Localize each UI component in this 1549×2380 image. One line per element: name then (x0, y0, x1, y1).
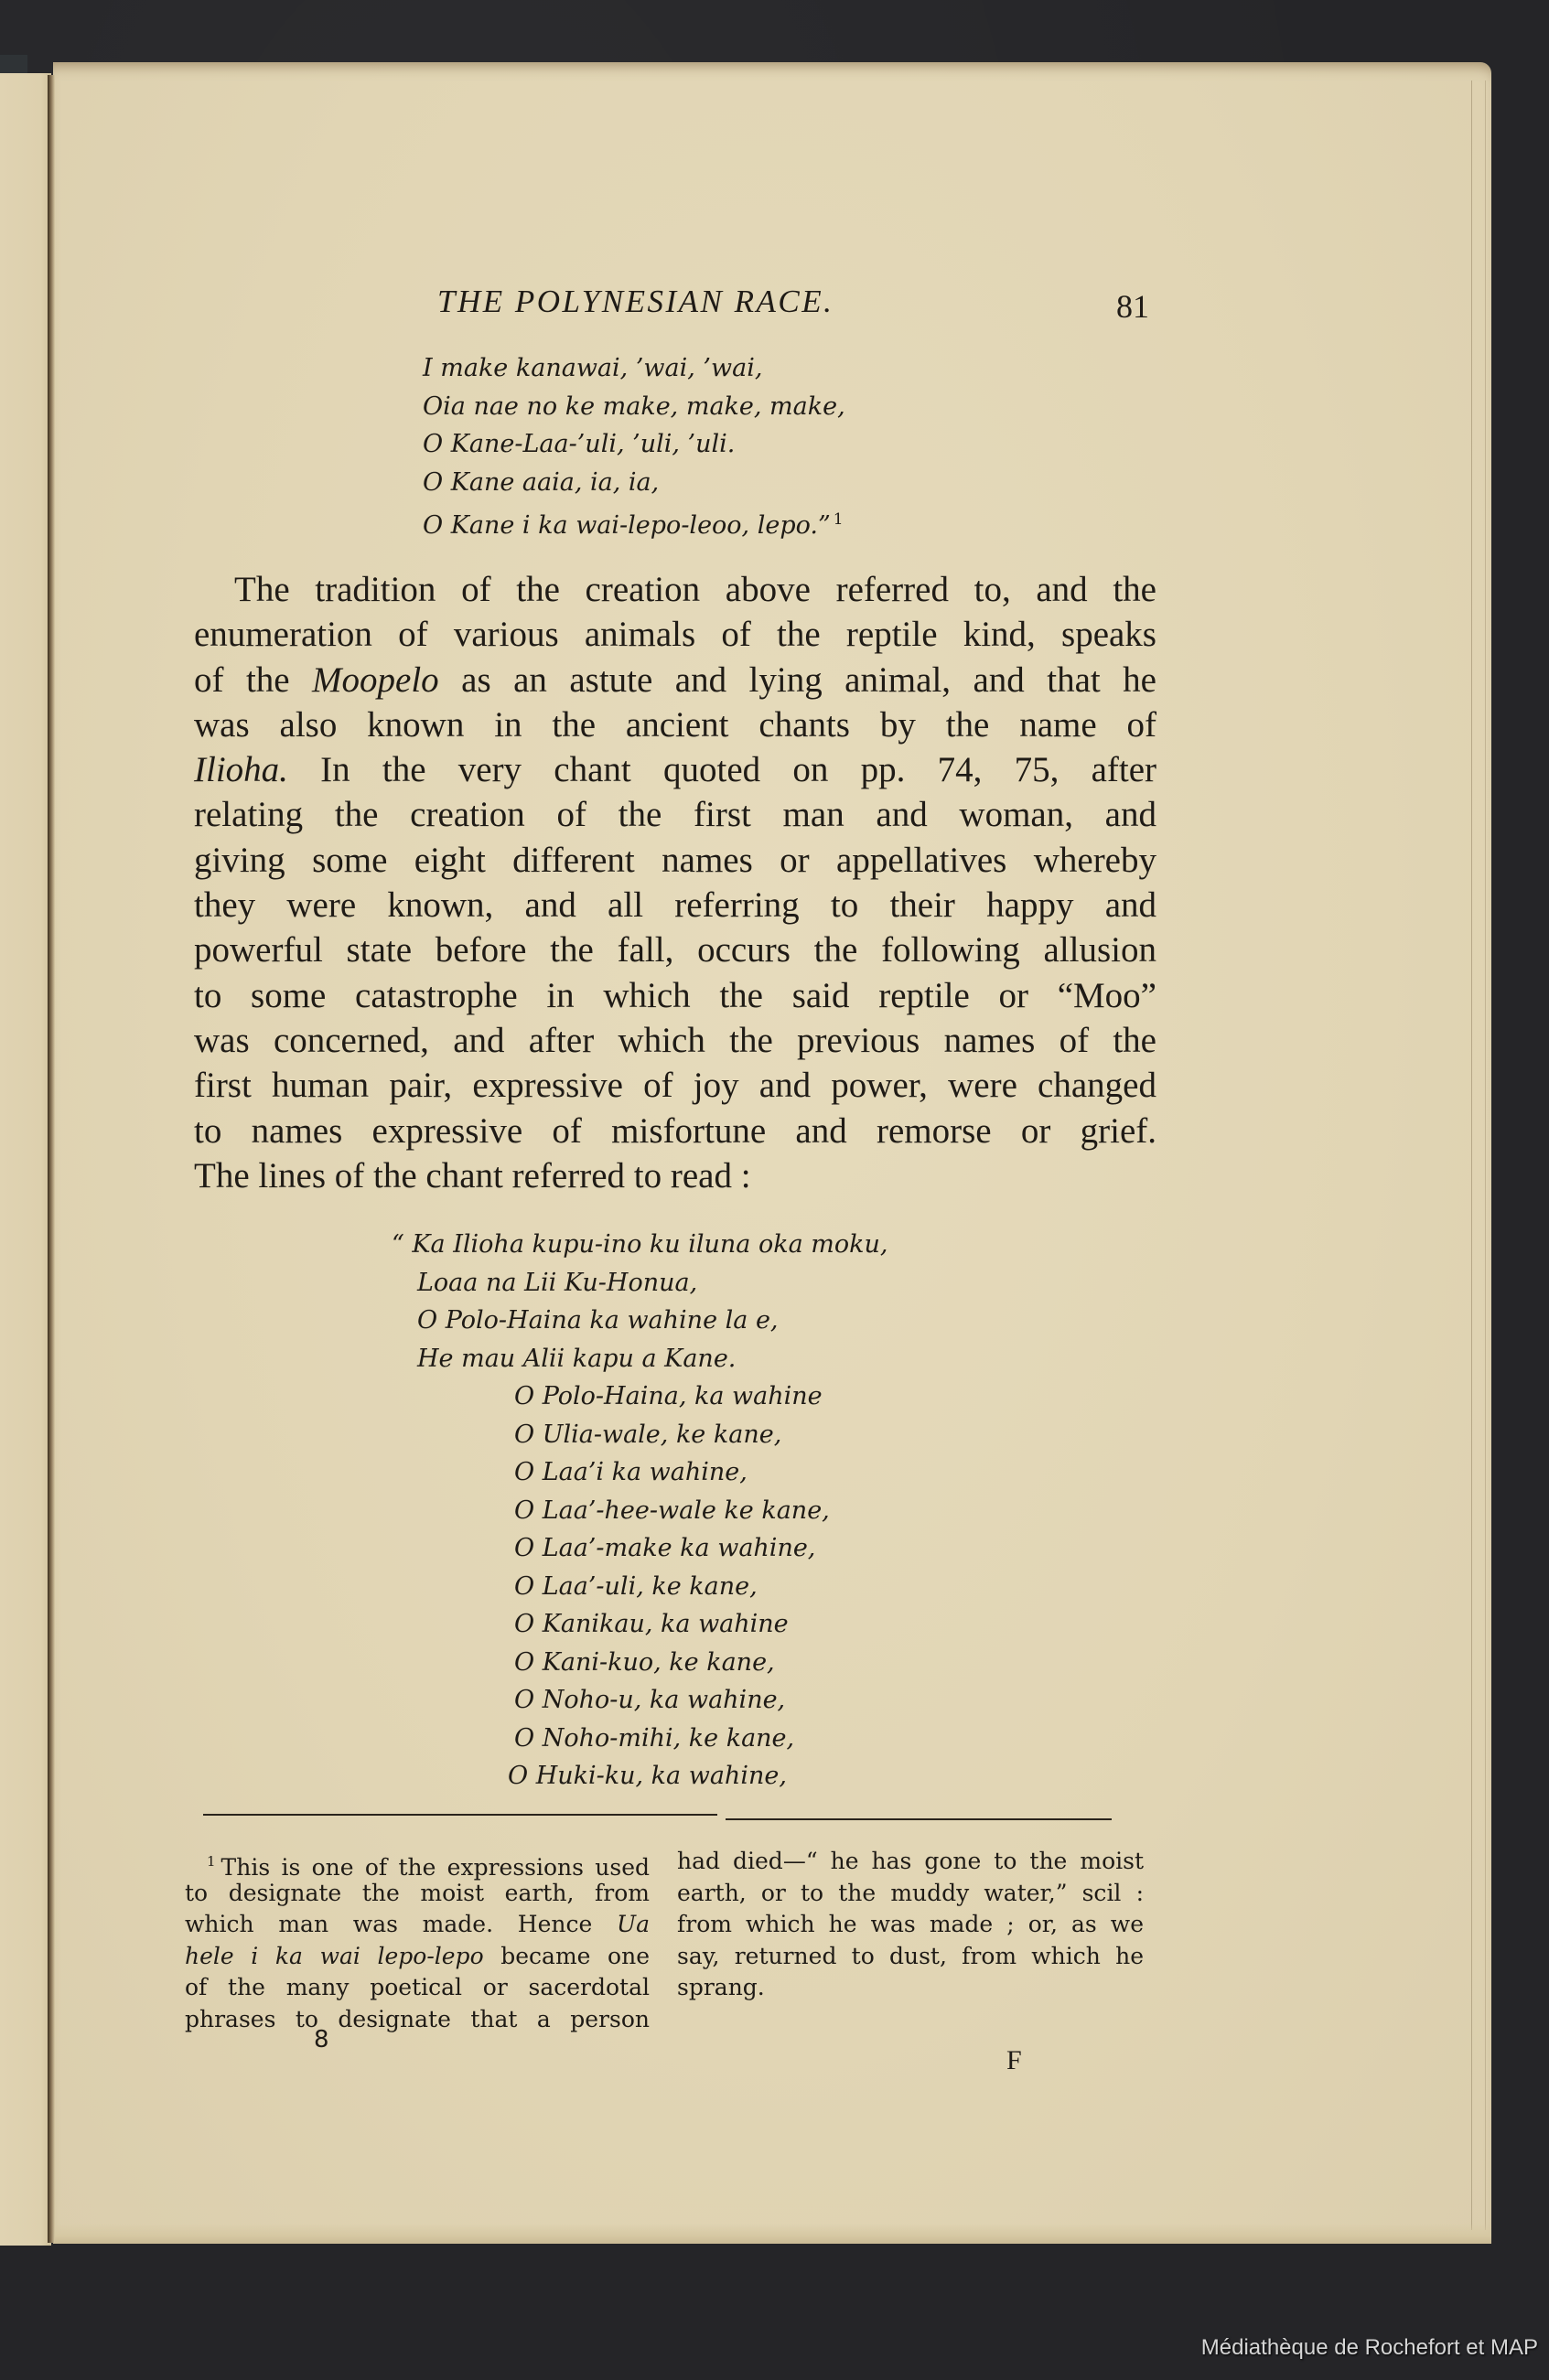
verse-line-text: O Kane i ka wai-lepo-leoo, lepo.” (423, 511, 831, 540)
chant-line: O Kanikau, ka wahine (514, 1605, 887, 1644)
verse-line: O Kane i ka wai-lepo-leoo, lepo.”1 (423, 501, 845, 545)
paragraph-text: of the (194, 660, 312, 700)
footnote-right-column: had died—“ he has gone to the moist eart… (677, 1846, 1144, 2004)
chant-line: O Noho-u, ka wahine, (514, 1681, 887, 1720)
chant-line: He mau Alii kapu a Kane. (417, 1340, 887, 1378)
chant-line: O Polo-Haina ka wahine la e, (417, 1302, 887, 1340)
footnote-text: This is one of the expressions used (221, 1854, 650, 1881)
footnote-left-column: 1This is one of the expressions used to … (185, 1846, 650, 2035)
footnote-line: had died—“ he has gone to the moist (677, 1846, 1144, 1878)
footnote-rule-right (726, 1818, 1112, 1820)
chant-line: O Ulia-wale, ke kane, (514, 1416, 887, 1454)
footnote-line: earth, or to the muddy water,” scil : (677, 1878, 1144, 1910)
page-fore-edge (1471, 80, 1486, 2230)
paragraph-line: The tradition of the creation above refe… (194, 567, 1156, 612)
library-watermark: Médiathèque de Rochefort et MAP (1201, 2335, 1538, 2361)
signature-letter: F (1006, 2045, 1022, 2076)
paragraph-line: first human pair, expressive of joy and … (194, 1063, 1156, 1108)
running-head: THE POLYNESIAN RACE. (437, 284, 834, 320)
chant-line: “ Ka Ilioha kupu-ino ku iluna oka moku, (392, 1226, 887, 1264)
footnote-line: sprang. (677, 1972, 1144, 2004)
footnote-line: say, returned to dust, from which he (677, 1941, 1144, 1973)
paragraph-line: to some catastrophe in which the said re… (194, 973, 1156, 1018)
paragraph-line: relating the creation of the first man a… (194, 792, 1156, 837)
chant-line: O Huki-ku, ka wahine, (508, 1757, 887, 1796)
paragraph-text: as an astute and lying animal, and that … (439, 660, 1156, 700)
verse-line: I make kanawai, ’wai, ’wai, (423, 349, 845, 388)
verse-line: Oia nae no ke make, make, make, (423, 388, 845, 426)
verse-line: O Kane aaia, ia, ia, (423, 464, 845, 502)
footnote-line: 1This is one of the expressions used (185, 1846, 650, 1878)
footnote-line: which man was made. Hence Ua (185, 1909, 650, 1941)
italic-term-moopelo: Moopelo (312, 660, 439, 700)
chant-line: O Noho-mihi, ke kane, (514, 1720, 887, 1758)
paragraph-line: giving some eight different names or app… (194, 838, 1156, 883)
paragraph-line: The lines of the chant referred to read … (194, 1153, 1156, 1198)
verse-line: O Kane-Laa-’uli, ’uli, ’uli. (423, 425, 845, 464)
footnote-marker: 1 (207, 1853, 216, 1870)
paragraph-line: of the Moopelo as an astute and lying an… (194, 658, 1156, 702)
paragraph-text: In the very chant quoted on pp. 74, 75, … (288, 750, 1156, 789)
footnote-line: from which he was made ; or, as we (677, 1909, 1144, 1941)
page-number: 81 (1116, 287, 1149, 326)
footnote-line: to designate the moist earth, from (185, 1878, 650, 1910)
chant-line: O Polo-Haina, ka wahine (514, 1378, 887, 1416)
paragraph-line: enumeration of various animals of the re… (194, 612, 1156, 657)
paragraph-line: powerful state before the fall, occurs t… (194, 927, 1156, 972)
paragraph-line: to names expressive of misfortune and re… (194, 1109, 1156, 1153)
paragraph-line: was also known in the ancient chants by … (194, 702, 1156, 747)
body-paragraph: The tradition of the creation above refe… (194, 567, 1156, 1198)
chant-line: O Laa’-uli, ke kane, (514, 1568, 887, 1606)
footnote-rule-left (203, 1814, 717, 1816)
signature-mark: 8 (314, 2026, 329, 2053)
chant-line: Loaa na Lii Ku-Honua, (417, 1264, 887, 1303)
footnote-line: hele i ka wai lepo-lepo became one (185, 1941, 650, 1973)
opening-verse: I make kanawai, ’wai, ’wai, Oia nae no k… (423, 349, 845, 545)
footnote-text: which man was made. Hence (185, 1911, 617, 1937)
paragraph-line: Ilioha. In the very chant quoted on pp. … (194, 747, 1156, 792)
footnote-italic: Ua (617, 1911, 650, 1937)
chant-line: O Laa’i ka wahine, (514, 1453, 887, 1492)
footnote-line: phrases to designate that a person (185, 2004, 650, 2036)
paragraph-line: was concerned, and after which the previ… (194, 1018, 1156, 1063)
italic-term-ilioha: Ilioha. (194, 750, 288, 789)
book-gutter (48, 75, 55, 2243)
previous-page-strip (0, 73, 51, 2246)
footnote-text: became one (484, 1943, 650, 1969)
footnote-italic: hele i ka wai lepo-lepo (185, 1943, 484, 1969)
chant-line: O Laa’-make ka wahine, (514, 1529, 887, 1568)
page-bottom-edge (53, 2224, 1491, 2244)
footnote-line: of the many poetical or sacerdotal (185, 1972, 650, 2004)
chant-line: O Laa’-hee-wale ke kane, (514, 1492, 887, 1530)
paragraph-line: they were known, and all referring to th… (194, 883, 1156, 927)
footnote-reference: 1 (834, 510, 844, 529)
chant-line: O Kani-kuo, ke kane, (514, 1644, 887, 1682)
chant-block: “ Ka Ilioha kupu-ino ku iluna oka moku, … (392, 1226, 887, 1796)
